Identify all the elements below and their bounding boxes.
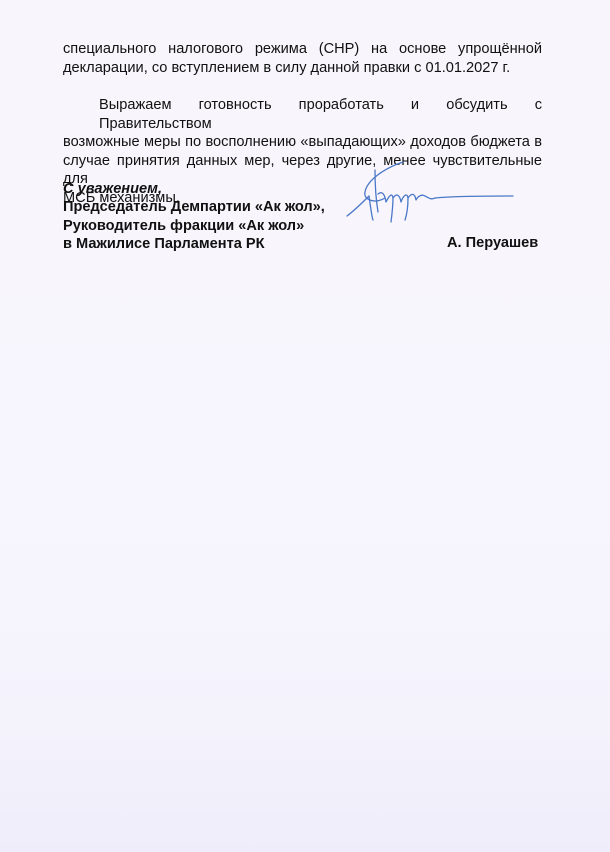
paragraph-line: Выражаем готовность проработать и обсуди… — [63, 96, 542, 133]
signatory-title: в Мажилисе Парламента РК — [63, 235, 325, 253]
paragraph-tax-regime: специального налогового режима (СНР) на … — [63, 40, 542, 77]
paragraph-line: возможные меры по восполнению «выпадающи… — [63, 133, 542, 152]
signatory-name: А. Перуашев — [447, 235, 538, 251]
signatory-title: Руководитель фракции «Ак жол» — [63, 217, 325, 235]
handwritten-signature-icon — [345, 160, 515, 226]
closing-block: С уважением, Председатель Демпартии «Ак … — [63, 180, 325, 254]
paragraph-line: декларации, со вступлением в силу данной… — [63, 59, 542, 78]
closing-greeting: С уважением, — [63, 180, 325, 198]
document-page: специального налогового режима (СНР) на … — [0, 0, 610, 852]
signatory-title: Председатель Демпартии «Ак жол», — [63, 198, 325, 216]
paragraph-line: специального налогового режима (СНР) на … — [63, 40, 542, 59]
